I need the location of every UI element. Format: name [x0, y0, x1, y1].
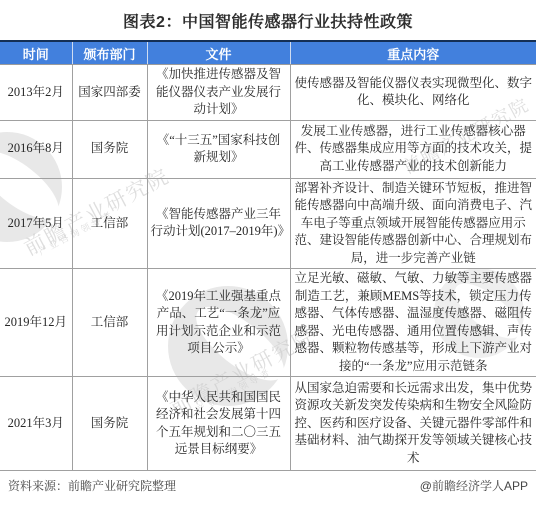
cell-document: 《智能传感器产业三年行动计划(2017–2019年)》 [147, 178, 290, 269]
header-cell-department: 颁布部门 [72, 41, 147, 65]
cell-department: 国务院 [72, 120, 147, 178]
cell-document: 《加快推进传感器及智能仪器仪表产业发展行动计划》 [147, 65, 290, 121]
table-row: 2016年8月 国务院 《“十三五”国家科技创新规划》 发展工业传感器，进行工业… [0, 120, 536, 178]
cell-time: 2021年3月 [0, 377, 72, 471]
cell-content: 立足光敏、磁敏、气敏、力敏等主要传感器制造工艺，兼顾MEMS等技术，锁定压力传感… [290, 269, 536, 377]
table-row: 2019年12月 工信部 《2019年工业强基重点产品、工艺“一条龙”应用计划示… [0, 269, 536, 377]
cell-department: 国家四部委 [72, 65, 147, 121]
cell-document: 《“十三五”国家科技创新规划》 [147, 120, 290, 178]
cell-content: 部署补齐设计、制造关键环节短板，推进智能传感器向中高端升级、面向消费电子、汽车电… [290, 178, 536, 269]
table-row: 2017年5月 工信部 《智能传感器产业三年行动计划(2017–2019年)》 … [0, 178, 536, 269]
header-cell-time: 时间 [0, 41, 72, 65]
brand-credit: @前瞻经济学人APP [420, 477, 528, 494]
figure-page: 图表2：中国智能传感器行业扶持性政策 前瞻产业研究院 产业咨询领导者 前瞻产业研… [0, 0, 536, 505]
source-note: 资料来源：前瞻产业研究院整理 [8, 477, 176, 494]
cell-time: 2017年5月 [0, 178, 72, 269]
policy-table: 时间 颁布部门 文件 重点内容 2013年2月 国家四部委 《加快推进传感器及智… [0, 40, 536, 471]
table-row: 2013年2月 国家四部委 《加快推进传感器及智能仪器仪表产业发展行动计划》 使… [0, 65, 536, 121]
cell-department: 国务院 [72, 377, 147, 471]
cell-time: 2019年12月 [0, 269, 72, 377]
cell-department: 工信部 [72, 269, 147, 377]
cell-content: 从国家急迫需要和长远需求出发，集中优势资源攻关新发突发传染病和生物安全风险防控、… [290, 377, 536, 471]
cell-content: 发展工业传感器，进行工业传感器核心器件、传感器集成应用等方面的技术攻关，提高工业… [290, 120, 536, 178]
table-header-row: 时间 颁布部门 文件 重点内容 [0, 41, 536, 65]
cell-document: 《2019年工业强基重点产品、工艺“一条龙”应用计划示范企业和示范项目公示》 [147, 269, 290, 377]
figure-title: 图表2：中国智能传感器行业扶持性政策 [0, 9, 536, 32]
cell-time: 2013年2月 [0, 65, 72, 121]
cell-department: 工信部 [72, 178, 147, 269]
header-cell-content: 重点内容 [290, 41, 536, 65]
cell-time: 2016年8月 [0, 120, 72, 178]
table-row: 2021年3月 国务院 《中华人民共和国国民经济和社会发展第十四个五年规划和二〇… [0, 377, 536, 471]
cell-document: 《中华人民共和国国民经济和社会发展第十四个五年规划和二〇三五远景目标纲要》 [147, 377, 290, 471]
header-cell-document: 文件 [147, 41, 290, 65]
cell-content: 使传感器及智能仪器仪表实现微型化、数字化、模块化、网络化 [290, 65, 536, 121]
